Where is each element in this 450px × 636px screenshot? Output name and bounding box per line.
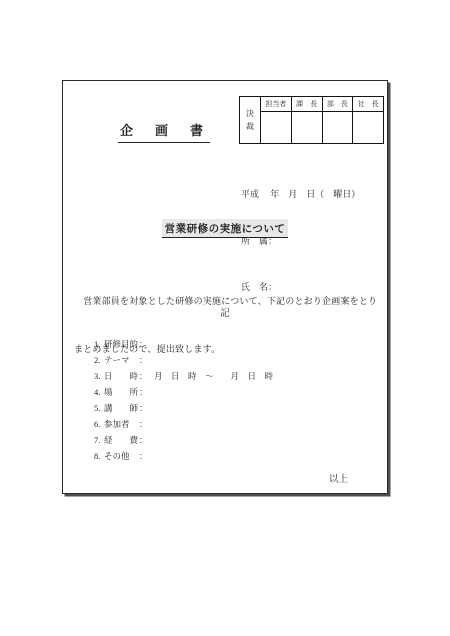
item-colon: ：: [139, 386, 154, 398]
closing-marker: 以上: [329, 471, 348, 485]
stamp-cell: [292, 112, 323, 143]
item-label: 参加者: [104, 418, 139, 430]
item-colon: ：: [139, 418, 154, 430]
list-item: 1. 研修目的 ：: [94, 336, 273, 352]
approval-columns: 担当者 課 長 部 長 社 長: [261, 97, 383, 143]
item-colon: ：: [139, 450, 154, 462]
approval-column-header: 部 長: [323, 97, 354, 111]
item-value: 月 日 時 ～ 月 日 時: [154, 370, 273, 382]
approval-column-header: 担当者: [261, 97, 292, 111]
item-label: 場 所: [104, 386, 139, 398]
approval-header-row: 担当者 課 長 部 長 社 長: [261, 97, 383, 112]
approval-stamp-row: [261, 112, 383, 143]
item-number: 2.: [94, 355, 104, 365]
stamp-cell: [261, 112, 292, 143]
item-colon: ：: [139, 354, 154, 366]
list-item: 3. 日 時 ： 月 日 時 ～ 月 日 時: [94, 368, 273, 384]
list-item: 2. テーマ ：: [94, 352, 273, 368]
list-item: 8. その他 ：: [94, 448, 273, 464]
list-item: 6. 参加者 ：: [94, 416, 273, 432]
item-number: 6.: [94, 419, 104, 429]
approval-side-label-bottom: 裁: [246, 120, 254, 133]
item-label: 研修目的: [104, 338, 139, 350]
subject-row: 営業研修の実施について: [63, 219, 387, 238]
item-label: 講 師: [104, 402, 139, 414]
item-number: 4.: [94, 387, 104, 397]
stamp-cell: [323, 112, 354, 143]
subject-title: 営業研修の実施について: [162, 219, 289, 238]
document-title: 企 画 書: [118, 120, 210, 143]
list-item: 5. 講 師 ：: [94, 400, 273, 416]
item-label: テーマ: [104, 354, 139, 366]
document-page: 企 画 書 決 裁 担当者 課 長 部 長 社 長: [0, 0, 450, 636]
approval-column-header: 社 長: [353, 97, 383, 111]
item-number: 7.: [94, 435, 104, 445]
stamp-cell: [353, 112, 383, 143]
date-line: 平成 年 月 日（ 曜日）: [241, 187, 360, 203]
item-number: 8.: [94, 451, 104, 461]
item-number: 3.: [94, 371, 104, 381]
item-number: 5.: [94, 403, 104, 413]
item-number: 1.: [94, 339, 104, 349]
item-colon: ：: [139, 338, 154, 350]
item-label: その他: [104, 450, 139, 462]
item-label: 経 費: [104, 434, 139, 446]
list-item: 7. 経 費 ：: [94, 432, 273, 448]
approval-stamp-table: 決 裁 担当者 課 長 部 長 社 長: [239, 96, 384, 144]
item-colon: ：: [139, 434, 154, 446]
list-item: 4. 場 所 ：: [94, 384, 273, 400]
page-border-frame: 企 画 書 決 裁 担当者 課 長 部 長 社 長: [62, 80, 388, 494]
approval-side-label-top: 決: [246, 107, 254, 120]
item-label: 日 時: [104, 370, 139, 382]
approval-column-header: 課 長: [292, 97, 323, 111]
approval-side-label: 決 裁: [240, 97, 261, 143]
item-colon: ：: [139, 370, 154, 382]
record-marker: 記: [63, 305, 387, 319]
item-list: 1. 研修目的 ： 2. テーマ ： 3. 日 時 ： 月 日 時 ～ 月 日 …: [94, 336, 273, 464]
item-colon: ：: [139, 402, 154, 414]
